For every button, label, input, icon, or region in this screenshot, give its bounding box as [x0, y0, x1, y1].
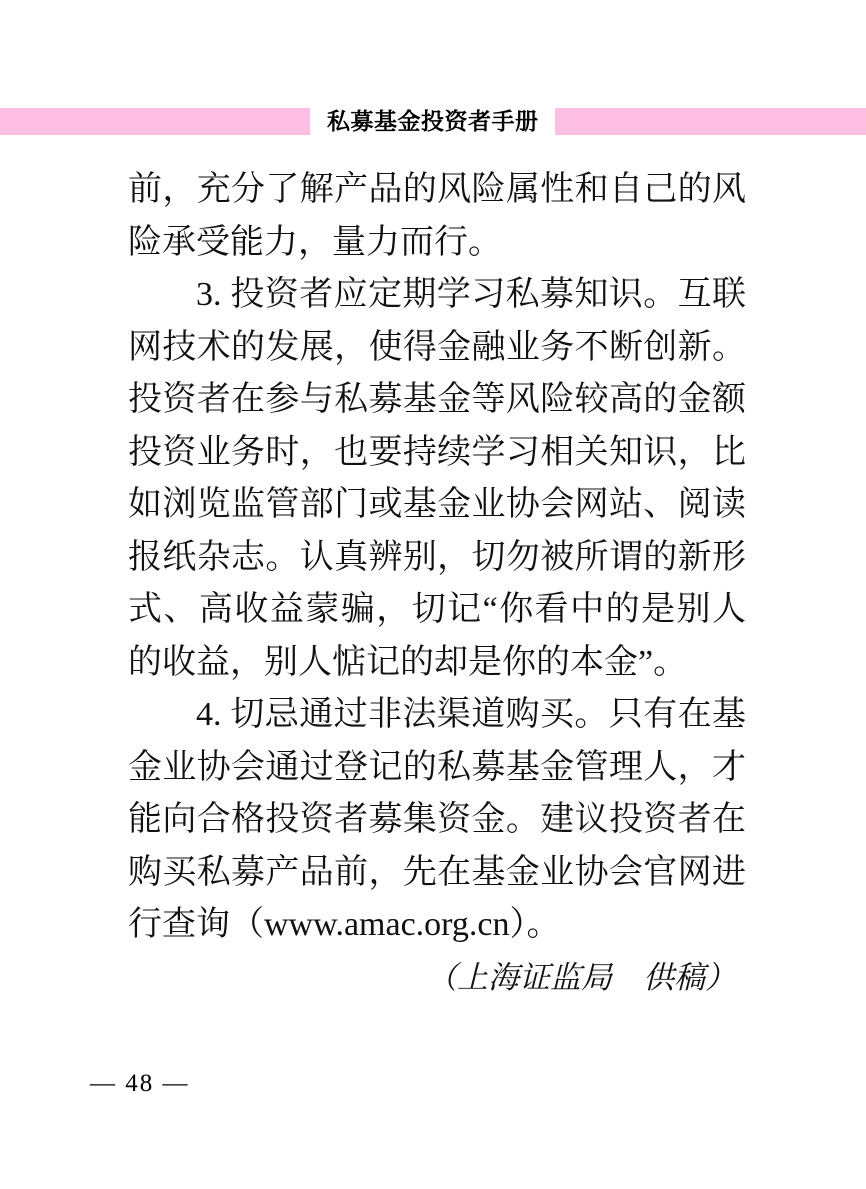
body-line: 能向合格投资者募集资金。建议投资者在 [128, 794, 746, 847]
body-line: 网技术的发展，使得金融业务不断创新。 [128, 322, 746, 375]
body-line: 前，充分了解产品的风险属性和自己的风 [128, 164, 746, 217]
body-text: 前，充分了解产品的风险属性和自己的风 险承受能力，量力而行。 3. 投资者应定期… [128, 164, 746, 1004]
body-line: 报纸杂志。认真辨别，切勿被所谓的新形 [128, 532, 746, 585]
body-line: 4. 切忌通过非法渠道购买。只有在基 [128, 689, 746, 742]
header-bar-left [0, 108, 310, 135]
body-line: 式、高收益蒙骗，切记“你看中的是别人 [128, 584, 746, 637]
body-line: 金业协会通过登记的私募基金管理人，才 [128, 742, 746, 795]
header-bar-right [555, 108, 866, 135]
running-header: 私募基金投资者手册 [0, 108, 866, 135]
body-line: 如浏览监管部门或基金业协会网站、阅读 [128, 479, 746, 532]
body-line: 的收益，别人惦记的却是你的本金”。 [128, 637, 746, 690]
body-line: 投资业务时，也要持续学习相关知识，比 [128, 427, 746, 480]
running-header-title: 私募基金投资者手册 [310, 108, 555, 135]
body-line: 险承受能力，量力而行。 [128, 217, 746, 270]
body-line: 行查询（www.amac.org.cn）。 [128, 899, 746, 952]
attribution-line: （上海证监局 供稿） [128, 952, 746, 1005]
page-number: — 48 — [90, 1070, 190, 1098]
body-line: 投资者在参与私募基金等风险较高的金额 [128, 374, 746, 427]
body-line: 购买私募产品前，先在基金业协会官网进 [128, 847, 746, 900]
book-page: 私募基金投资者手册 前，充分了解产品的风险属性和自己的风 险承受能力，量力而行。… [0, 0, 866, 1189]
body-line: 3. 投资者应定期学习私募知识。互联 [128, 269, 746, 322]
